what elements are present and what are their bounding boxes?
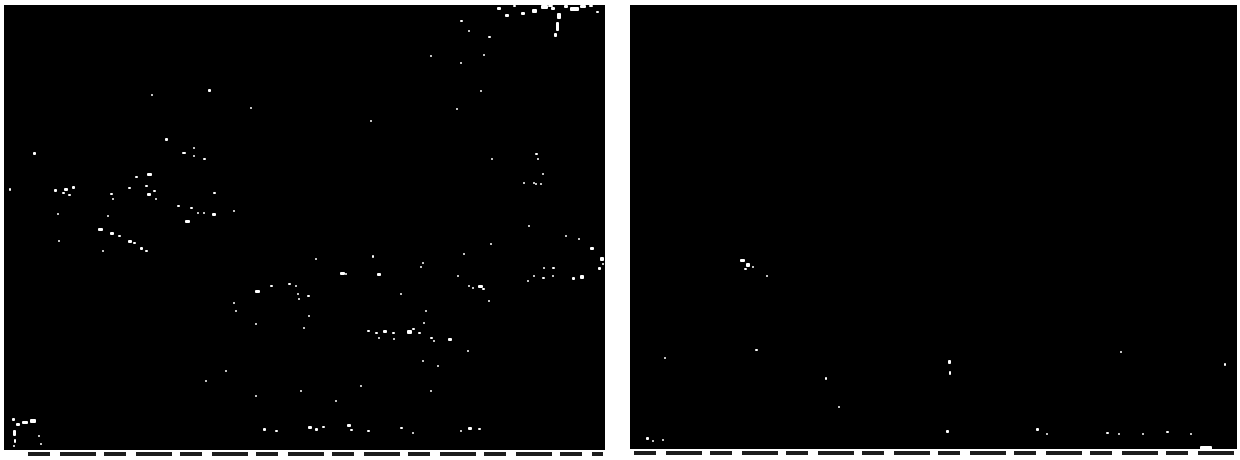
speck (347, 424, 351, 427)
speck (350, 429, 353, 431)
speck (300, 390, 302, 392)
speck (430, 55, 432, 57)
speck (1106, 432, 1109, 434)
speck (460, 20, 463, 22)
speck (38, 435, 40, 437)
speck (418, 332, 421, 334)
speck (491, 158, 493, 160)
speck (602, 263, 604, 265)
speck (182, 152, 186, 154)
speck (570, 7, 579, 11)
speck (193, 155, 195, 157)
speck (533, 275, 535, 277)
speck (598, 267, 601, 270)
speck (298, 298, 300, 300)
speck (505, 14, 509, 17)
speck (392, 332, 395, 334)
speck (9, 188, 11, 191)
speck (552, 275, 554, 277)
speck (58, 240, 60, 242)
speck (746, 263, 750, 267)
speck (233, 302, 235, 304)
speck (541, 5, 548, 9)
speck (600, 257, 604, 261)
speck (825, 377, 827, 380)
speck (423, 322, 425, 324)
speck (752, 266, 754, 268)
speck (646, 437, 649, 440)
speck (128, 240, 132, 243)
speck (468, 427, 472, 430)
speck (527, 280, 529, 282)
speck (225, 370, 227, 372)
speck (478, 428, 481, 430)
speck (596, 11, 599, 13)
speck (193, 147, 195, 149)
speck (467, 350, 469, 352)
speck (308, 315, 310, 317)
speck (948, 360, 951, 364)
speck (433, 340, 435, 342)
speck (521, 12, 525, 15)
speck (128, 187, 131, 189)
speck (540, 183, 542, 185)
speck (543, 267, 545, 269)
speck (255, 290, 260, 293)
micrograph-left (4, 5, 605, 450)
speck (564, 5, 568, 8)
speck (360, 385, 362, 387)
speck (12, 418, 15, 421)
speck (468, 30, 470, 32)
speck (110, 193, 113, 195)
speck (155, 198, 157, 200)
speck (457, 275, 459, 277)
speck (744, 268, 747, 270)
speck (372, 255, 374, 258)
ragged-bottom-edge (28, 452, 603, 456)
speck (1200, 446, 1212, 449)
speck (255, 323, 257, 325)
speck (13, 445, 15, 447)
speck (203, 212, 205, 214)
speck (377, 273, 381, 276)
speck (110, 232, 114, 235)
speck (949, 371, 951, 375)
speck (551, 7, 555, 10)
speck (118, 235, 121, 237)
speck (13, 430, 16, 436)
speck (838, 406, 840, 408)
speck (153, 190, 156, 192)
speck (460, 62, 462, 64)
speck (235, 310, 237, 312)
speck (523, 182, 525, 184)
ragged-bottom-edge (634, 451, 1235, 455)
speck (30, 419, 36, 423)
speck (1120, 351, 1122, 353)
speck (430, 390, 432, 392)
speck (147, 193, 151, 196)
speck (16, 423, 20, 426)
speck (420, 266, 422, 268)
speck (482, 288, 485, 290)
speck (145, 185, 148, 187)
speck (400, 427, 403, 429)
speck (1036, 428, 1039, 431)
speck (580, 275, 584, 279)
speck (370, 120, 372, 122)
speck (535, 153, 538, 155)
speck (1190, 433, 1192, 435)
speck (1224, 363, 1226, 366)
speck (497, 7, 501, 10)
speck (33, 152, 36, 155)
speck (212, 213, 216, 216)
speck (412, 328, 415, 330)
speck (62, 192, 65, 194)
speck (263, 428, 266, 431)
speck (437, 365, 439, 367)
speck (345, 273, 347, 275)
speck (468, 285, 470, 287)
speck (288, 283, 291, 285)
speck (40, 443, 42, 445)
speck (425, 310, 427, 312)
speck (297, 293, 299, 295)
speck (460, 430, 462, 432)
speck (490, 243, 492, 245)
speck (72, 186, 75, 189)
speck (537, 158, 539, 160)
speck (315, 258, 317, 260)
speck (528, 225, 530, 227)
speck (1142, 433, 1144, 435)
speck (98, 228, 103, 231)
speck (135, 176, 138, 178)
speck (483, 54, 485, 56)
speck (322, 426, 325, 428)
speck (946, 430, 949, 433)
speck (295, 285, 297, 287)
speck (565, 235, 567, 237)
speck (308, 426, 312, 429)
speck (367, 430, 370, 432)
speck (488, 300, 490, 302)
speck (590, 247, 594, 250)
speck (532, 9, 537, 13)
speck (456, 108, 458, 110)
speck (315, 428, 318, 431)
speck (68, 194, 71, 196)
speck (14, 439, 16, 443)
speck (542, 277, 545, 279)
speck (422, 360, 424, 362)
speck (378, 337, 380, 339)
speck (102, 250, 104, 252)
speck (556, 22, 559, 31)
speck (275, 430, 278, 432)
page-canvas (0, 0, 1240, 460)
speck (203, 158, 206, 160)
speck (205, 380, 207, 382)
speck (255, 395, 257, 397)
speck (400, 293, 402, 295)
speck (22, 421, 28, 424)
speck (197, 212, 199, 214)
speck (430, 337, 433, 339)
speck (335, 400, 337, 402)
speck (367, 330, 370, 332)
speck (270, 285, 273, 287)
speck (662, 439, 664, 441)
speck (133, 242, 136, 244)
speck (303, 327, 305, 329)
speck (589, 5, 593, 7)
speck (107, 215, 109, 217)
speck (375, 332, 378, 334)
speck (488, 36, 491, 38)
speck (54, 189, 57, 192)
speck (213, 192, 216, 194)
speck (165, 138, 168, 141)
speck (513, 5, 516, 7)
speck (407, 330, 412, 334)
speck (548, 5, 553, 7)
speck (112, 198, 114, 200)
speck (57, 213, 59, 215)
speck (572, 277, 575, 280)
speck (190, 207, 193, 209)
speck (542, 173, 544, 175)
speck (233, 210, 235, 212)
speck (740, 259, 745, 262)
speck (664, 357, 666, 359)
speck (578, 238, 580, 240)
speck (177, 205, 180, 207)
speck (64, 188, 68, 191)
speck (393, 338, 395, 340)
speck (147, 173, 152, 176)
speck (554, 33, 557, 37)
speck (151, 94, 153, 96)
speck (472, 287, 474, 289)
speck (480, 90, 482, 92)
speck (755, 349, 758, 351)
speck (185, 220, 190, 223)
speck (422, 262, 424, 264)
speck (552, 267, 555, 269)
speck (1118, 433, 1120, 435)
speck (307, 295, 310, 297)
speck (766, 275, 768, 277)
speck (448, 338, 452, 341)
speck (140, 247, 143, 250)
speck (652, 440, 654, 442)
speck (1166, 431, 1169, 433)
speck (145, 250, 148, 252)
speck (463, 253, 465, 255)
speck (1046, 433, 1048, 435)
micrograph-right (630, 5, 1237, 449)
speck (580, 5, 586, 8)
speck (250, 107, 252, 109)
speck (412, 432, 414, 434)
speck (557, 13, 561, 19)
speck (535, 183, 537, 185)
speck (208, 89, 211, 92)
speck (383, 330, 387, 333)
